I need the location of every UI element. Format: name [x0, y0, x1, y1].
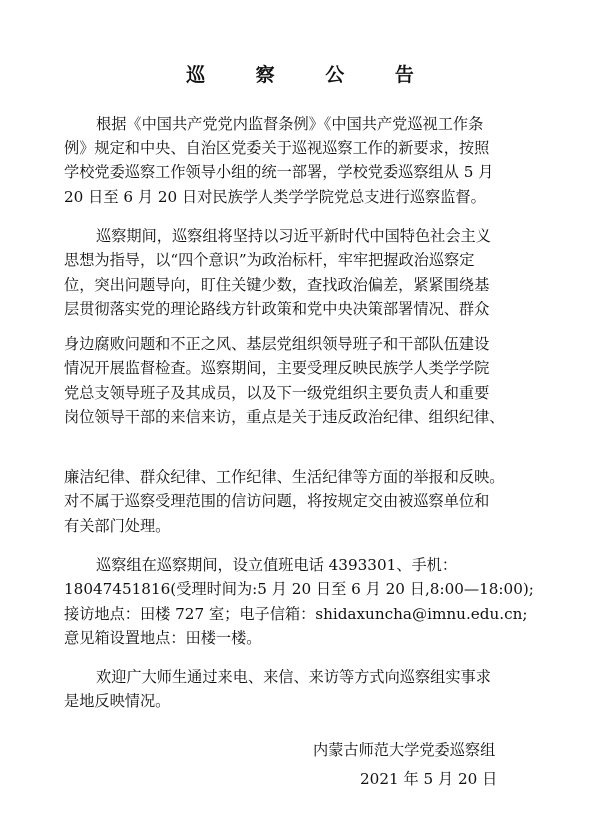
body-line: 20 日至 6 月 20 日对民族学人类学学院党总支进行巡察监督。 — [64, 187, 486, 207]
body-line: 身边腐败问题和不正之风、基层党组织领导班子和干部队伍建设 — [64, 334, 489, 354]
body-line: 巡察期间，巡察组将坚持以习近平新时代中国特色社会主义 — [96, 226, 491, 246]
body-line: 接访地点：田楼 727 室；电子信箱：shidaxuncha@imnu.edu.… — [64, 604, 528, 624]
signature-organization: 内蒙古师范大学党委巡察组 — [313, 740, 495, 760]
document-title: 巡 察 公 告 — [0, 60, 600, 87]
body-line: 例》规定和中央、自治区党委关于巡视巡察工作的新要求，按照 — [64, 138, 489, 158]
body-line: 巡察组在巡察期间，设立值班电话 4393301、手机： — [96, 555, 457, 575]
body-line: 位，突出问题导向，盯住关键少数，查找政治偏差，紧紧围绕基 — [64, 275, 489, 295]
body-line: 廉洁纪律、群众纪律、工作纪律、生活纪律等方面的举报和反映。 — [64, 467, 504, 487]
body-line: 学校党委巡察工作领导小组的统一部署，学校党委巡察组从 5 月 — [64, 162, 493, 182]
body-line: 18047451816(受理时间为:5 月 20 日至 6 月 20 日,8:0… — [64, 579, 534, 599]
body-line: 岗位领导干部的来信来访，重点是关于违反政治纪律、组织纪律、 — [64, 407, 504, 427]
body-line: 思想为指导，以“四个意识”为政治标杆，牢牢把握政治巡察定 — [64, 250, 474, 270]
body-line: 意见箱设置地点：田楼一楼。 — [64, 628, 261, 648]
body-line: 根据《中国共产党党内监督条例》《中国共产党巡视工作条 — [96, 114, 483, 134]
body-line: 有关部门处理。 — [64, 516, 170, 536]
body-line: 是地反映情况。 — [64, 691, 170, 711]
body-line: 党总支领导班子及其成员，以及下一级党组织主要负责人和重要 — [64, 383, 489, 403]
body-line: 欢迎广大师生通过来电、来信、来访等方式向巡察组实事求 — [96, 667, 491, 687]
body-line: 对不属于巡察受理范围的信访问题，将按规定交由被巡察单位和 — [64, 491, 489, 511]
signature-date: 2021 年 5 月 20 日 — [360, 769, 497, 789]
body-line: 层贯彻落实党的理论路线方针政策和党中央决策部署情况、群众 — [64, 299, 489, 319]
body-line: 情况开展监督检查。巡察期间，主要受理反映民族学人类学学院 — [64, 358, 489, 378]
